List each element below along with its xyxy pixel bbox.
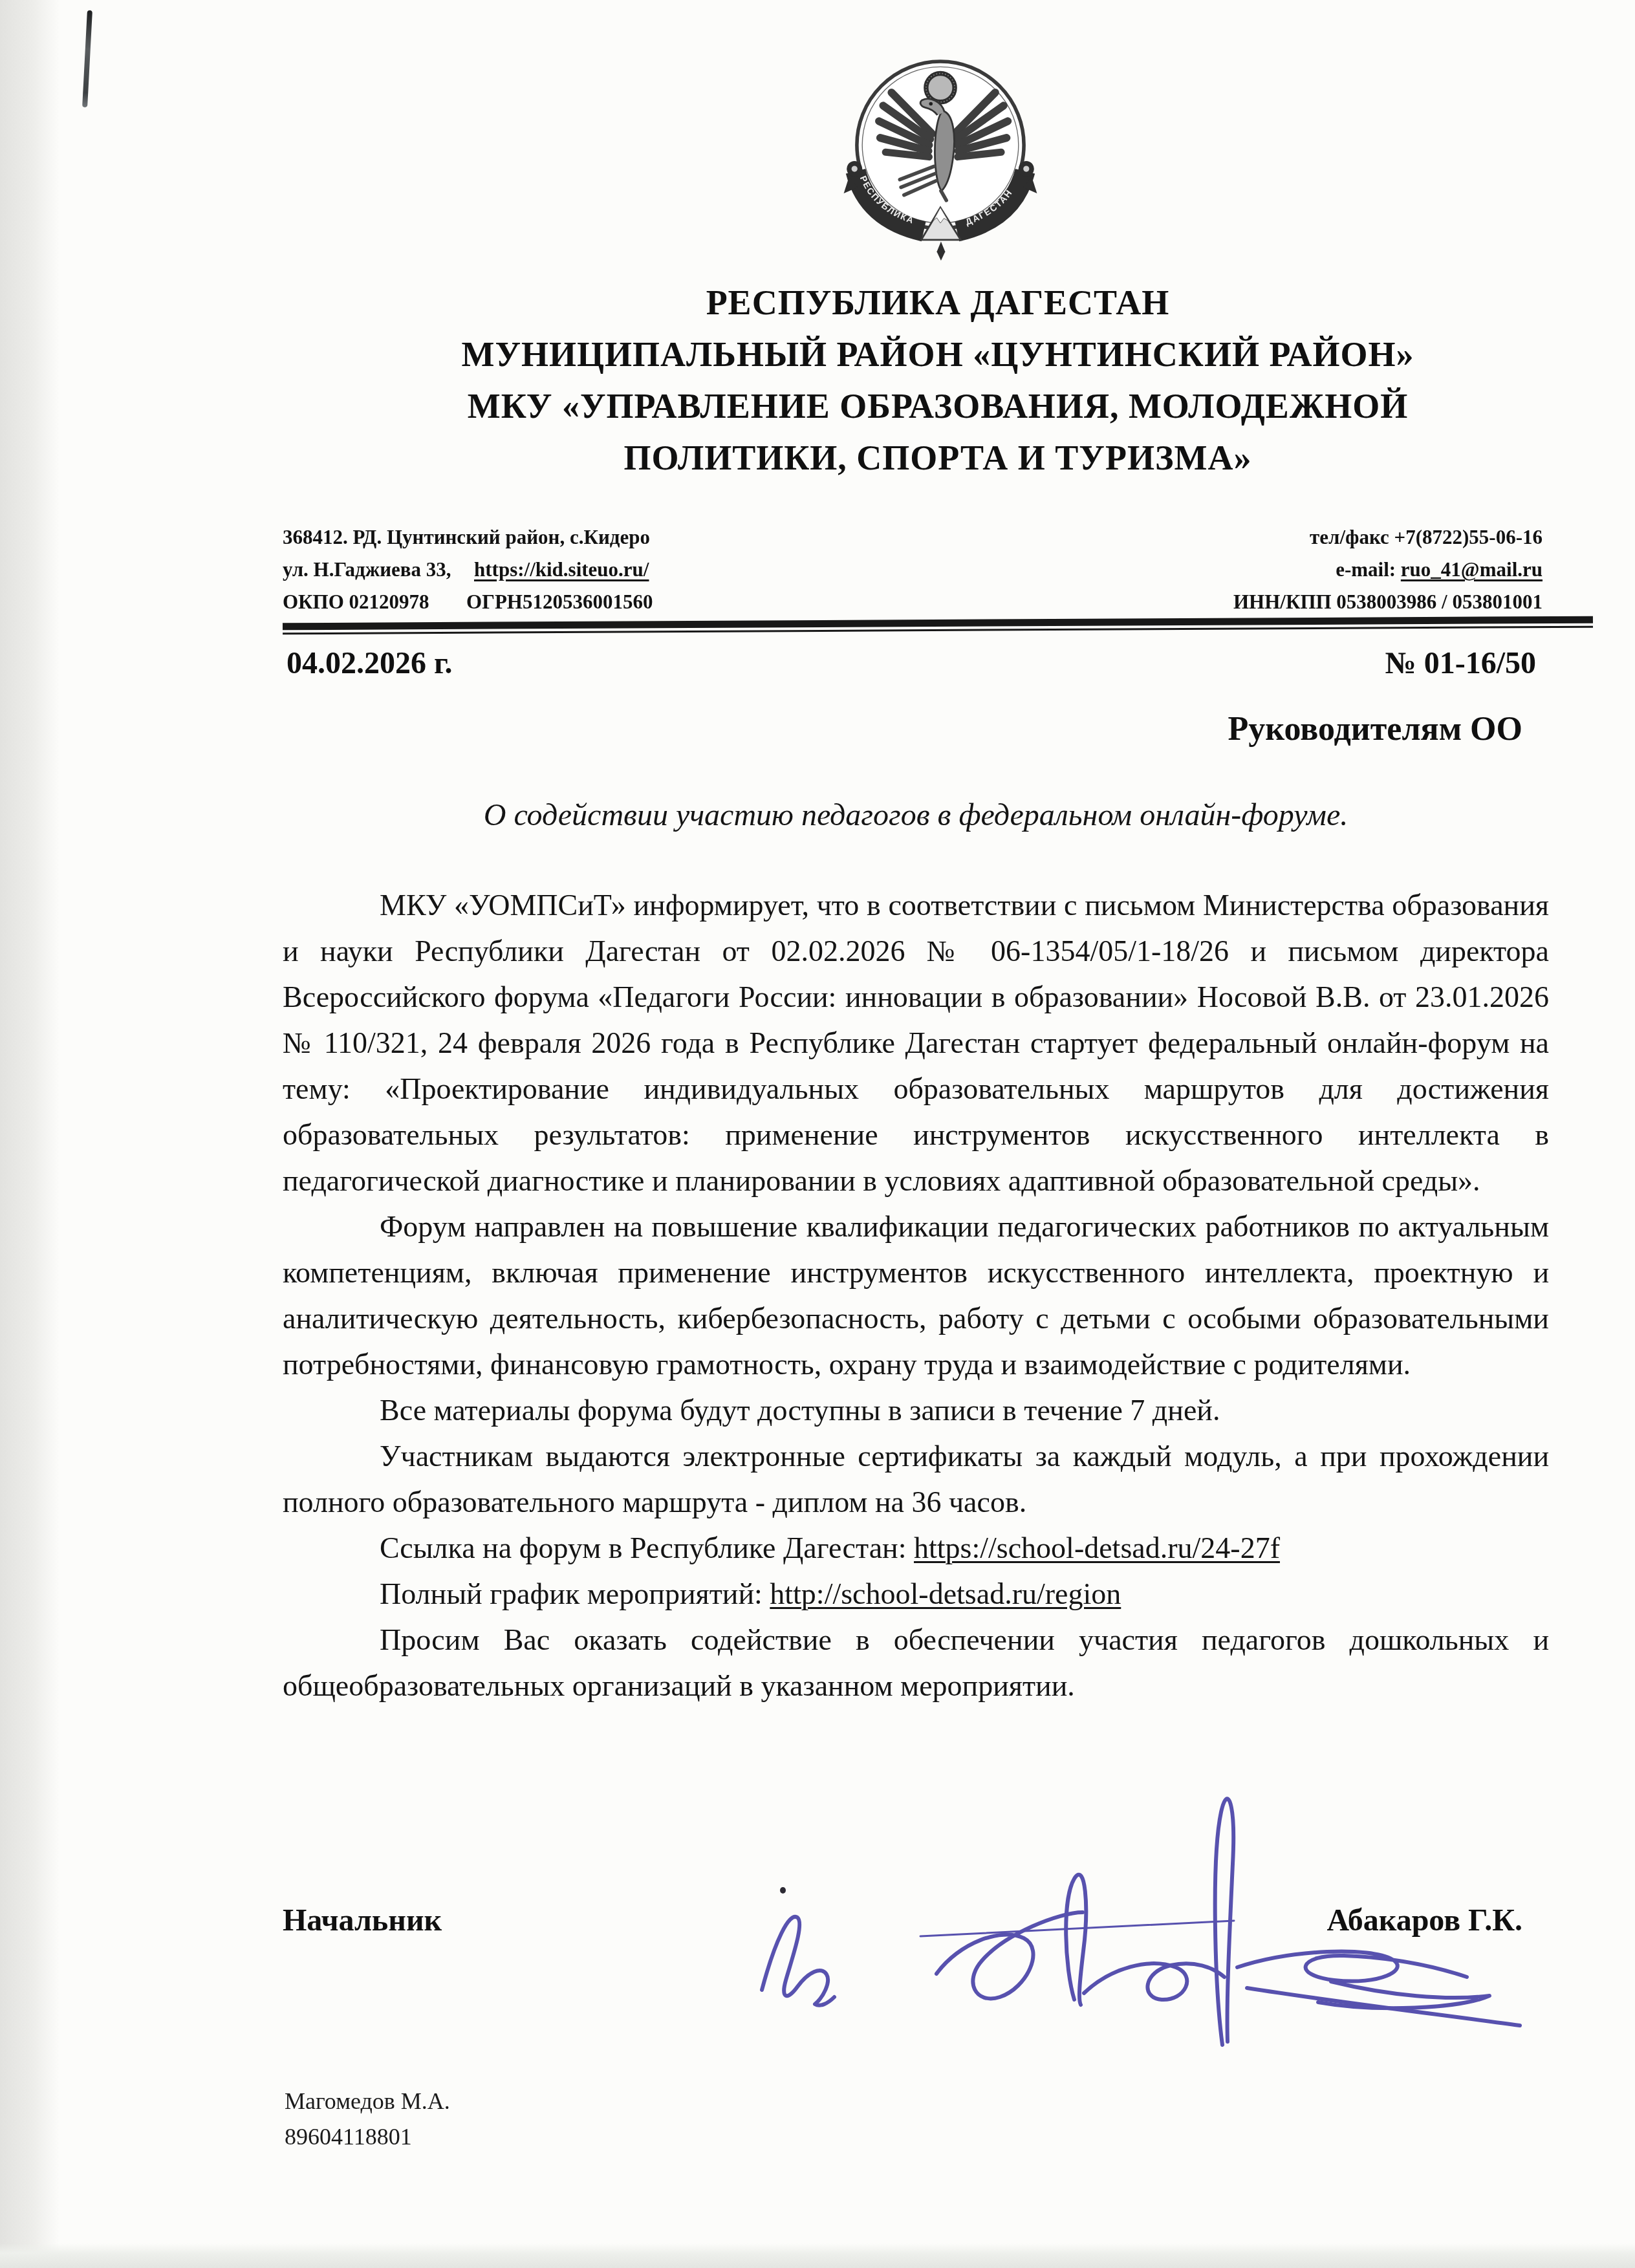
ogrn-value: ОГРН5120536001560 <box>466 590 653 613</box>
signer-position: Начальник <box>283 1903 442 1938</box>
forum-link-label: Ссылка на форум в Республике Дагестан: <box>380 1531 914 1564</box>
executor-phone: 89604118801 <box>285 2119 450 2155</box>
addressee: Руководителям ОО <box>283 710 1522 748</box>
paragraph-recordings: Все материалы форума будут доступны в за… <box>283 1387 1549 1433</box>
handwritten-signature <box>723 1773 1530 2055</box>
address-line-1: 368412. РД. Цунтинский район, с.Кидеро <box>283 521 653 554</box>
paragraph-certificates: Участникам выдаются электронные сертифик… <box>283 1433 1549 1525</box>
coat-of-arms-dagestan-icon: РЕСПУБЛИКА ДАГЕСТАН <box>833 52 1048 272</box>
email-label: e-mail: <box>1336 558 1396 581</box>
paragraph-intro: МКУ «УОМПСиТ» информирует, что в соответ… <box>283 882 1549 1204</box>
letterhead-contact-block: тел/факс +7(8722)55-06-16 e-mail: ruo_41… <box>1233 521 1543 618</box>
letterhead-info-row: 368412. РД. Цунтинский район, с.Кидеро у… <box>283 521 1543 618</box>
org-name-block: РЕСПУБЛИКА ДАГЕСТАН МУНИЦИПАЛЬНЫЙ РАЙОН … <box>283 277 1593 484</box>
address-line-2: ул. Н.Гаджиева 33, https://kid.siteuo.ru… <box>283 554 653 586</box>
phone-fax-line: тел/факс +7(8722)55-06-16 <box>1233 521 1543 554</box>
paragraph-request: Просим Вас оказать содействие в обеспече… <box>283 1617 1549 1709</box>
scan-edge-left <box>0 0 60 2268</box>
website-link[interactable]: https://kid.siteuo.ru/ <box>474 558 649 581</box>
letter-date: 04.02.2026 г. <box>287 645 452 681</box>
okpo-value: ОКПО 02120978 <box>283 590 429 613</box>
letterhead-divider <box>283 616 1593 635</box>
subject-line: О содействии участию педагогов в федерал… <box>283 797 1549 833</box>
email-line: e-mail: ruo_41@mail.ru <box>1233 554 1543 586</box>
letterhead-address-block: 368412. РД. Цунтинский район, с.Кидеро у… <box>283 521 653 618</box>
street-text: ул. Н.Гаджиева 33, <box>283 558 451 581</box>
date-number-row: 04.02.2026 г. № 01-16/50 <box>287 645 1536 681</box>
paragraph-forum-goals: Форум направлен на повышение квалификаци… <box>283 1204 1549 1387</box>
letter-number: № 01-16/50 <box>1385 645 1536 681</box>
letter-body: МКУ «УОМПСиТ» информирует, что в соответ… <box>283 882 1549 1709</box>
email-link[interactable]: ruo_41@mail.ru <box>1401 558 1543 581</box>
address-line-3: ОКПО 02120978 ОГРН5120536001560 <box>283 586 653 618</box>
org-line-mku-2: ПОЛИТИКИ, СПОРТА И ТУРИЗМА» <box>283 432 1593 484</box>
schedule-link[interactable]: http://school-detsad.ru/region <box>770 1577 1121 1610</box>
executor-name: Магомедов М.А. <box>285 2084 450 2119</box>
scanned-letter-page: РЕСПУБЛИКА ДАГЕСТАН РЕСПУБЛИКА ДАГЕСТАН … <box>0 0 1635 2268</box>
schedule-link-label: Полный график мероприятий: <box>380 1577 770 1610</box>
org-line-mku-1: МКУ «УПРАВЛЕНИЕ ОБРАЗОВАНИЯ, МОЛОДЕЖНОЙ <box>283 380 1593 432</box>
org-line-district: МУНИЦИПАЛЬНЫЙ РАЙОН «ЦУНТИНСКИЙ РАЙОН» <box>283 329 1593 380</box>
executor-block: Магомедов М.А. 89604118801 <box>285 2084 450 2155</box>
inn-kpp-line: ИНН/КПП 0538003986 / 053801001 <box>1233 586 1543 618</box>
org-line-republic: РЕСПУБЛИКА ДАГЕСТАН <box>283 277 1593 329</box>
schedule-link-line: Полный график мероприятий: http://school… <box>283 1571 1549 1617</box>
forum-link[interactable]: https://school-detsad.ru/24-27f <box>914 1531 1280 1564</box>
forum-link-line: Ссылка на форум в Республике Дагестан: h… <box>283 1525 1549 1571</box>
staple-mark <box>82 10 92 107</box>
scan-edge-bottom <box>0 2243 1635 2268</box>
